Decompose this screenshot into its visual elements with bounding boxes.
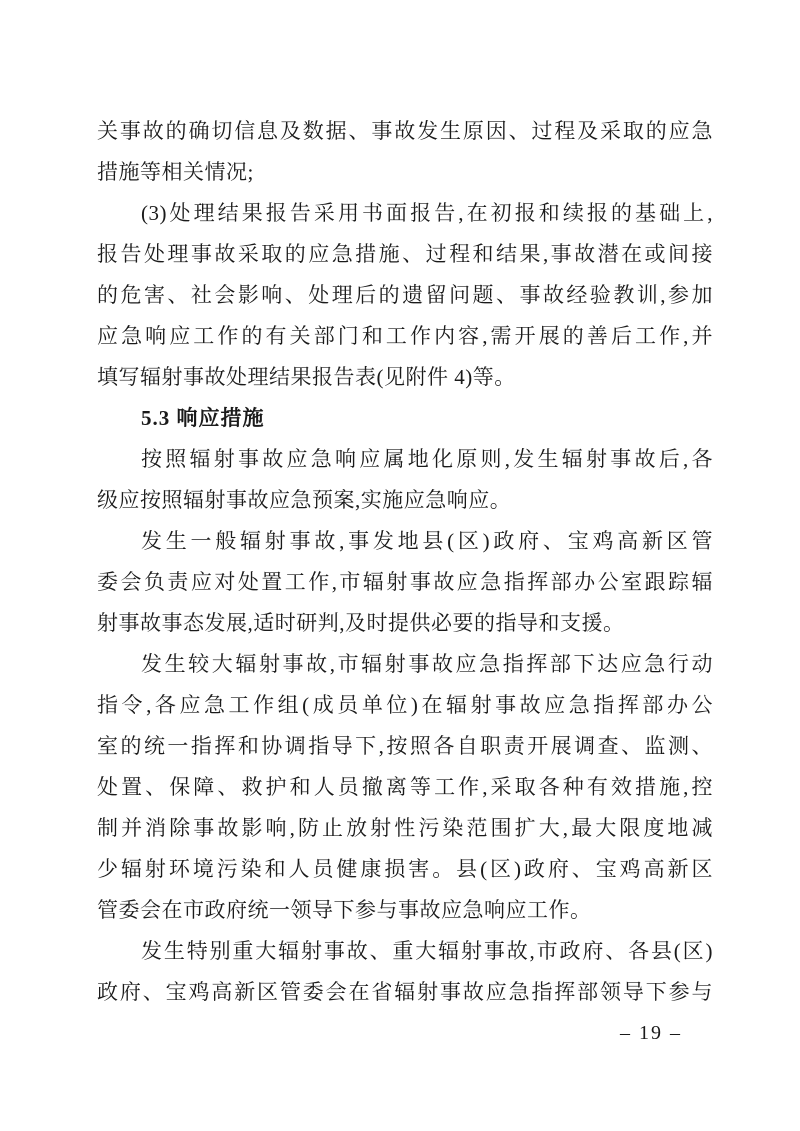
text-line: 发生较大辐射事故,市辐射事故应急指挥部下达应急行动 <box>97 644 713 685</box>
text-line: 发生一般辐射事故,事发地县(区)政府、宝鸡高新区管 <box>97 521 713 562</box>
text-line: 报告处理事故采取的应急措施、过程和结果,事故潜在或间接 <box>97 234 713 275</box>
text-line: 射事故事态发展,适时研判,及时提供必要的指导和支援。 <box>97 603 713 644</box>
text-line: 应急响应工作的有关部门和工作内容,需开展的善后工作,并 <box>97 316 713 357</box>
section-heading-response-measures: 5.3 响应措施 <box>97 398 713 439</box>
text-line: 制并消除事故影响,防止放射性污染范围扩大,最大限度地减 <box>97 808 713 849</box>
document-body: 关事故的确切信息及数据、事故发生原因、过程及采取的应急 措施等相关情况; (3)… <box>97 111 713 1013</box>
text-line: 管委会在市政府统一领导下参与事故应急响应工作。 <box>97 890 713 931</box>
page-number: – 19 – <box>620 1020 682 1046</box>
document-page: 关事故的确切信息及数据、事故发生原因、过程及采取的应急 措施等相关情况; (3)… <box>0 0 800 1131</box>
text-line: 指令,各应急工作组(成员单位)在辐射事故应急指挥部办公 <box>97 685 713 726</box>
text-line: 的危害、社会影响、处理后的遗留问题、事故经验教训,参加 <box>97 275 713 316</box>
text-line: 按照辐射事故应急响应属地化原则,发生辐射事故后,各 <box>97 439 713 480</box>
text-line: 措施等相关情况; <box>97 152 713 193</box>
text-line: 少辐射环境污染和人员健康损害。县(区)政府、宝鸡高新区 <box>97 849 713 890</box>
text-line: 级应按照辐射事故应急预案,实施应急响应。 <box>97 480 713 521</box>
text-line: 填写辐射事故处理结果报告表(见附件 4)等。 <box>97 357 713 398</box>
text-line: 处置、保障、救护和人员撤离等工作,采取各种有效措施,控 <box>97 767 713 808</box>
text-line: 发生特别重大辐射事故、重大辐射事故,市政府、各县(区) <box>97 931 713 972</box>
text-line: (3)处理结果报告采用书面报告,在初报和续报的基础上, <box>97 193 713 234</box>
text-line: 政府、宝鸡高新区管委会在省辐射事故应急指挥部领导下参与 <box>97 972 713 1013</box>
text-line: 委会负责应对处置工作,市辐射事故应急指挥部办公室跟踪辐 <box>97 562 713 603</box>
text-line: 关事故的确切信息及数据、事故发生原因、过程及采取的应急 <box>97 111 713 152</box>
text-line: 室的统一指挥和协调指导下,按照各自职责开展调查、监测、 <box>97 726 713 767</box>
